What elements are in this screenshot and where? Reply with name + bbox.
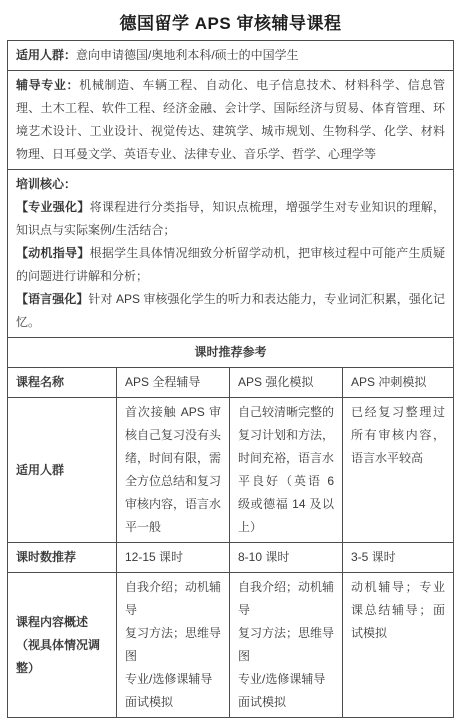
schedule-section-row: 课时推荐参考 bbox=[8, 338, 454, 368]
hours-cell-intensive: 8-10 课时 bbox=[230, 543, 343, 573]
training-core-item: 【语言强化】针对 APS 审核强化学生的听力和表达能力，专业词汇积累，强化记忆。 bbox=[16, 288, 445, 334]
column-header-sprint-mock: APS 冲刺模拟 bbox=[343, 368, 454, 398]
majors-label: 辅导专业： bbox=[16, 78, 79, 92]
audience-cell-full: 首次接触 APS 审核自己复习没有头绪，时间有限，需全方位总结和复习审核内容，语… bbox=[117, 398, 230, 543]
row-label-hours: 课时数推荐 bbox=[8, 543, 117, 573]
audience-cell-intensive: 自己较清晰完整的复习计划和方法，时间充裕，语言水平良好（英语 6 级或德福 14… bbox=[230, 398, 343, 543]
content-cell-full: 自我介绍；动机辅导 复习方法；思维导图 专业/选修课辅导 面试模拟 bbox=[117, 573, 230, 718]
info-row-audience: 适用人群：意向申请德国/奥地利本科/硕士的中国学生 bbox=[8, 41, 454, 71]
info-row-majors: 辅导专业：机械制造、车辆工程、自动化、电子信息技术、材料科学、信息管理、土木工程… bbox=[8, 71, 454, 170]
training-core-item: 【专业强化】将课程进行分类指导，知识点梳理，增强学生对专业知识的理解，知识点与实… bbox=[16, 196, 445, 242]
content-cell-intensive: 自我介绍；动机辅导 复习方法；思维导图 专业/选修课辅导 面试模拟 bbox=[230, 573, 343, 718]
table-row-content: 课程内容概述 （视具体情况调整） 自我介绍；动机辅导 复习方法；思维导图 专业/… bbox=[8, 573, 454, 718]
audience-cell: 适用人群：意向申请德国/奥地利本科/硕士的中国学生 bbox=[8, 41, 454, 71]
table-row-hours: 课时数推荐 12-15 课时 8-10 课时 3-5 课时 bbox=[8, 543, 454, 573]
hours-cell-sprint: 3-5 课时 bbox=[343, 543, 454, 573]
hours-cell-full: 12-15 课时 bbox=[117, 543, 230, 573]
training-core-item: 【动机指导】根据学生具体情况细致分析留学动机，把审核过程中可能产生质疑的问题进行… bbox=[16, 242, 445, 288]
audience-text: 意向申请德国/奥地利本科/硕士的中国学生 bbox=[76, 48, 299, 62]
training-core-item-tag: 【动机指导】 bbox=[16, 246, 90, 260]
training-core-item-tag: 【专业强化】 bbox=[16, 200, 90, 214]
content-cell-sprint: 动机辅导；专业课总结辅导；面试模拟 bbox=[343, 573, 454, 718]
table-row-audience: 适用人群 首次接触 APS 审核自己复习没有头绪，时间有限，需全方位总结和复习审… bbox=[8, 398, 454, 543]
majors-text: 机械制造、车辆工程、自动化、电子信息技术、材料科学、信息管理、土木工程、软件工程… bbox=[16, 78, 445, 161]
course-table: 适用人群：意向申请德国/奥地利本科/硕士的中国学生 辅导专业：机械制造、车辆工程… bbox=[7, 40, 454, 718]
training-core-row: 培训核心： 【专业强化】将课程进行分类指导，知识点梳理，增强学生对专业知识的理解… bbox=[8, 170, 454, 338]
column-header-full-tutoring: APS 全程辅导 bbox=[117, 368, 230, 398]
majors-cell: 辅导专业：机械制造、车辆工程、自动化、电子信息技术、材料科学、信息管理、土木工程… bbox=[8, 71, 454, 170]
training-core-cell: 培训核心： 【专业强化】将课程进行分类指导，知识点梳理，增强学生对专业知识的理解… bbox=[8, 170, 454, 338]
document-page: 德国留学 APS 审核辅导课程 适用人群：意向申请德国/奥地利本科/硕士的中国学… bbox=[0, 9, 461, 718]
training-core-item-tag: 【语言强化】 bbox=[16, 292, 88, 306]
schedule-section-title: 课时推荐参考 bbox=[8, 338, 454, 368]
column-header-intensive-mock: APS 强化模拟 bbox=[230, 368, 343, 398]
audience-label: 适用人群： bbox=[16, 48, 76, 62]
audience-cell-sprint: 已经复习整理过所有审核内容，语言水平较高 bbox=[343, 398, 454, 543]
row-label-audience: 适用人群 bbox=[8, 398, 117, 543]
page-title: 德国留学 APS 审核辅导课程 bbox=[0, 9, 461, 34]
schedule-header-row: 课程名称 APS 全程辅导 APS 强化模拟 APS 冲刺模拟 bbox=[8, 368, 454, 398]
column-header-course-name: 课程名称 bbox=[8, 368, 117, 398]
row-label-content: 课程内容概述 （视具体情况调整） bbox=[8, 573, 117, 718]
training-core-label: 培训核心： bbox=[16, 177, 76, 191]
